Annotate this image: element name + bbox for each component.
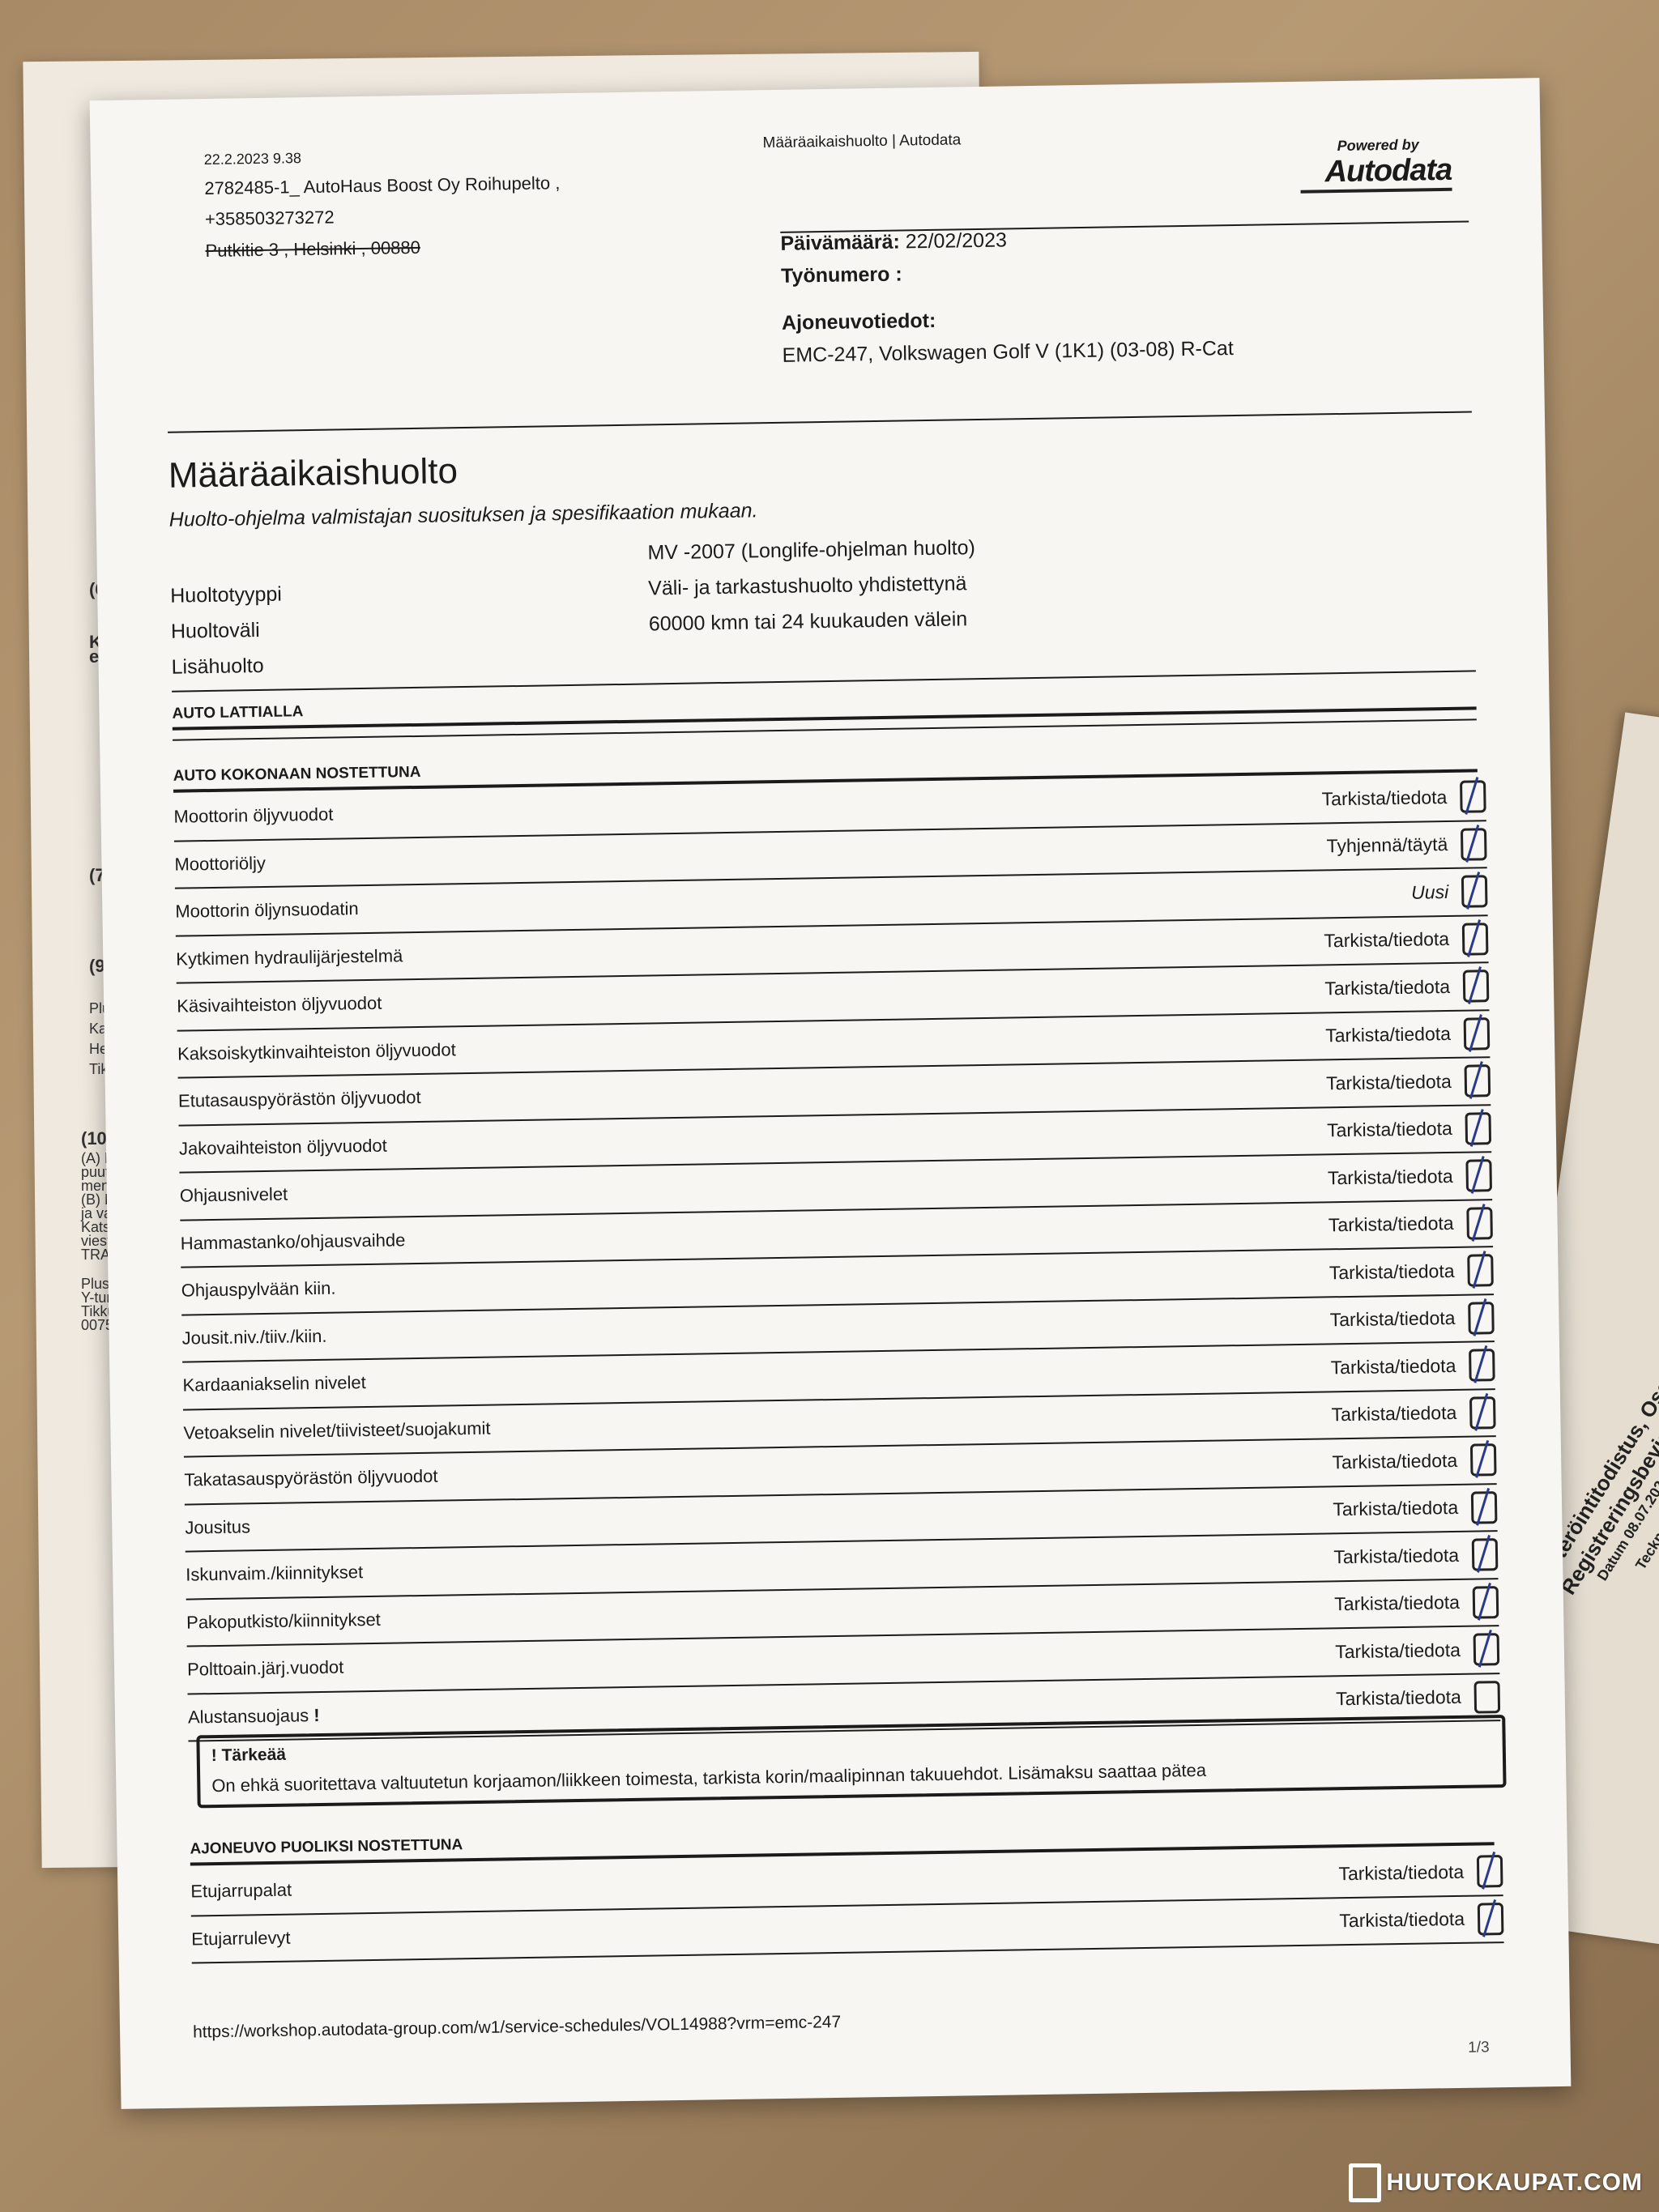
item-action: Tarkista/tiedota (1333, 1491, 1497, 1526)
item-name: Jousitus (185, 1516, 250, 1538)
action-label: Tarkista/tiedota (1335, 1639, 1461, 1663)
action-label: Tarkista/tiedota (1332, 1450, 1457, 1473)
vehicle-label: Ajoneuvotiedot: (782, 309, 936, 335)
action-label: Tarkista/tiedota (1324, 976, 1450, 999)
spec-value: 60000 kmn tai 24 kuukauden välein (649, 607, 968, 636)
item-name: Pakoputkisto/kiinnitykset (186, 1609, 381, 1634)
page-number: 1/3 (1468, 2039, 1490, 2056)
spec-label: Lisähuolto (171, 648, 649, 679)
half-lifted-checklist: Etujarrupalat Tarkista/tiedota Etujarrul… (190, 1848, 1504, 1963)
action-label: Tarkista/tiedota (1329, 1260, 1455, 1284)
action-label: Tarkista/tiedota (1326, 1071, 1452, 1094)
item-name: Kytkimen hydraulijärjestelmä (176, 945, 403, 970)
date-value: 22/02/2023 (906, 228, 1008, 253)
item-name: Etujarrulevyt (191, 1927, 291, 1950)
spec-value: Väli- ja tarkastushuolto yhdistettynä (648, 572, 967, 600)
item-action: Tyhjennä/täytä (1326, 828, 1486, 863)
document-subtitle: Huolto-ohjelma valmistajan suosituksen j… (169, 499, 758, 531)
item-name: Etujarrupalat (190, 1880, 292, 1903)
vehicle-value: EMC-247, Volkswagen Golf V (1K1) (03-08)… (782, 332, 1234, 372)
notice-title: Tärkeää (221, 1745, 286, 1765)
document-title: Määräaikaishuolto (168, 451, 458, 497)
item-action: Tarkista/tiedota (1333, 1538, 1498, 1573)
item-name: Etutasauspyörästön öljyvuodot (178, 1087, 421, 1112)
checkbox[interactable] (1473, 1586, 1499, 1618)
workshop-info: 22.2.2023 9.38 2782485-1_ AutoHaus Boost… (204, 142, 561, 266)
item-action: Tarkista/tiedota (1321, 780, 1486, 815)
item-name: Alustansuojaus! (188, 1705, 320, 1728)
divider (168, 411, 1472, 433)
checkbox[interactable] (1470, 1443, 1497, 1476)
item-action: Uusi (1411, 875, 1488, 908)
action-label: Uusi (1411, 881, 1448, 904)
workshop-name: 2782485-1_ AutoHaus Boost Oy Roihupelto … (204, 168, 561, 204)
item-name: Käsivaihteiston öljyvuodot (177, 993, 382, 1017)
action-label: Tarkista/tiedota (1336, 1686, 1461, 1710)
checkbox[interactable] (1461, 828, 1487, 860)
checkbox[interactable] (1465, 1064, 1491, 1097)
checkbox[interactable] (1473, 1681, 1500, 1713)
item-name: Polttoain.järj.vuodot (187, 1657, 344, 1681)
item-action: Tarkista/tiedota (1328, 1159, 1492, 1194)
action-label: Tarkista/tiedota (1327, 1118, 1452, 1141)
item-action: Tarkista/tiedota (1329, 1254, 1494, 1289)
checkbox[interactable] (1473, 1633, 1500, 1665)
item-name: Jousit.niv./tiiv./kiin. (181, 1326, 326, 1349)
item-name: Ohjauspylvään kiin. (181, 1278, 336, 1302)
item-action: Tarkista/tiedota (1331, 1396, 1495, 1431)
watermark-text: HUUTOKAUPAT.COM (1386, 2169, 1643, 2197)
checkbox[interactable] (1468, 1302, 1495, 1334)
item-name: Vetoakselin nivelet/tiivisteet/suojakumi… (183, 1417, 490, 1443)
checkbox[interactable] (1469, 1396, 1496, 1429)
item-name: Takatasauspyörästön öljyvuodot (184, 1466, 437, 1491)
autodata-logo: Powered by Autodata (1300, 136, 1452, 194)
checkbox[interactable] (1465, 1159, 1492, 1191)
action-label: Tarkista/tiedota (1325, 1023, 1451, 1046)
brand-name: Autodata (1300, 153, 1452, 194)
item-action: Tarkista/tiedota (1325, 1017, 1490, 1052)
item-action: Tarkista/tiedota (1327, 1112, 1491, 1147)
item-action: Tarkista/tiedota (1334, 1586, 1499, 1621)
item-action: Tarkista/tiedota (1336, 1681, 1500, 1715)
checkbox[interactable] (1469, 1349, 1495, 1381)
item-action: Tarkista/tiedota (1335, 1633, 1499, 1668)
checkbox[interactable] (1466, 1207, 1493, 1239)
action-label: Tarkista/tiedota (1328, 1166, 1453, 1189)
job-meta: Päivämäärä: 22/02/2023 Työnumero : Ajone… (780, 220, 1234, 372)
item-name: Kardaaniakselin nivelet (182, 1372, 366, 1396)
action-label: Tarkista/tiedota (1334, 1592, 1460, 1615)
item-name: Kaksoiskytkinvaihteiston öljyvuodot (177, 1039, 456, 1064)
divider (173, 718, 1477, 740)
item-name: Jakovaihteiston öljyvuodot (179, 1135, 387, 1159)
service-schedule-page: 22.2.2023 9.38 2782485-1_ AutoHaus Boost… (90, 78, 1572, 2109)
checkbox[interactable] (1472, 1538, 1499, 1571)
warning-icon: ! (211, 1746, 217, 1765)
workshop-address: Putkitie 3 , Helsinki , 00880 (205, 230, 561, 266)
item-name: Iskunvaim./kiinnitykset (186, 1562, 363, 1585)
action-label: Tarkista/tiedota (1338, 1861, 1464, 1885)
lifted-checklist: Moottorin öljyvuodot Tarkista/tiedota Mo… (173, 774, 1500, 1741)
item-name: Moottorin öljyvuodot (173, 804, 333, 828)
action-label: Tyhjennä/täytä (1326, 833, 1448, 857)
section-floor: AUTO LATTIALLA (172, 703, 303, 723)
watermark-logo-icon (1349, 2163, 1381, 2202)
action-label: Tarkista/tiedota (1328, 1213, 1454, 1236)
action-label: Tarkista/tiedota (1330, 1355, 1456, 1379)
powered-by-label: Powered by (1300, 136, 1419, 155)
item-action: Tarkista/tiedota (1332, 1443, 1496, 1478)
item-name: Moottoriöljy (174, 853, 266, 876)
item-name: Moottorin öljynsuodatin (175, 898, 359, 923)
item-action: Tarkista/tiedota (1339, 1903, 1503, 1937)
item-name: Hammastanko/ohjausvaihde (181, 1230, 406, 1254)
item-action: Tarkista/tiedota (1329, 1302, 1494, 1336)
item-name: Ohjausnivelet (180, 1184, 288, 1207)
action-label: Tarkista/tiedota (1330, 1307, 1456, 1331)
divider (173, 706, 1477, 730)
section-lifted: AUTO KOKONAAN NOSTETTUNA (173, 764, 421, 786)
action-label: Tarkista/tiedota (1333, 1497, 1458, 1520)
job-number-label: Työnumero : (781, 262, 902, 287)
action-label: Tarkista/tiedota (1331, 1402, 1456, 1426)
item-action: Tarkista/tiedota (1324, 923, 1488, 957)
checkbox[interactable] (1477, 1855, 1503, 1887)
service-spec: MV -2007 (Longlife-ohjelman huolto)Huolt… (169, 516, 1476, 679)
date-label: Päivämäärä: (780, 231, 900, 255)
checkbox[interactable] (1460, 780, 1486, 812)
action-label: Tarkista/tiedota (1324, 928, 1449, 952)
checkbox[interactable] (1464, 1017, 1491, 1050)
action-label: Tarkista/tiedota (1321, 786, 1447, 810)
checkbox[interactable] (1471, 1491, 1498, 1524)
item-action: Tarkista/tiedota (1324, 970, 1489, 1004)
checkbox[interactable] (1462, 923, 1489, 955)
checkbox[interactable] (1467, 1254, 1494, 1286)
item-action: Tarkista/tiedota (1328, 1207, 1493, 1242)
item-action: Tarkista/tiedota (1326, 1064, 1491, 1099)
item-action: Tarkista/tiedota (1330, 1349, 1495, 1383)
source-url[interactable]: https://workshop.autodata-group.com/w1/s… (193, 2013, 841, 2043)
checkbox[interactable] (1465, 1112, 1491, 1144)
action-label: Tarkista/tiedota (1333, 1545, 1459, 1568)
warning-icon: ! (313, 1705, 320, 1725)
item-action: Tarkista/tiedota (1338, 1855, 1503, 1890)
watermark: HUUTOKAUPAT.COM (1349, 2163, 1643, 2202)
section-half-lifted: AJONEUVO PUOLIKSI NOSTETTUNA (190, 1836, 463, 1858)
checkbox[interactable] (1478, 1903, 1504, 1935)
print-page-title: Määräaikaishuolto | Autodata (762, 131, 961, 152)
checkbox[interactable] (1463, 970, 1490, 1002)
checkbox[interactable] (1461, 875, 1488, 907)
action-label: Tarkista/tiedota (1339, 1908, 1465, 1932)
